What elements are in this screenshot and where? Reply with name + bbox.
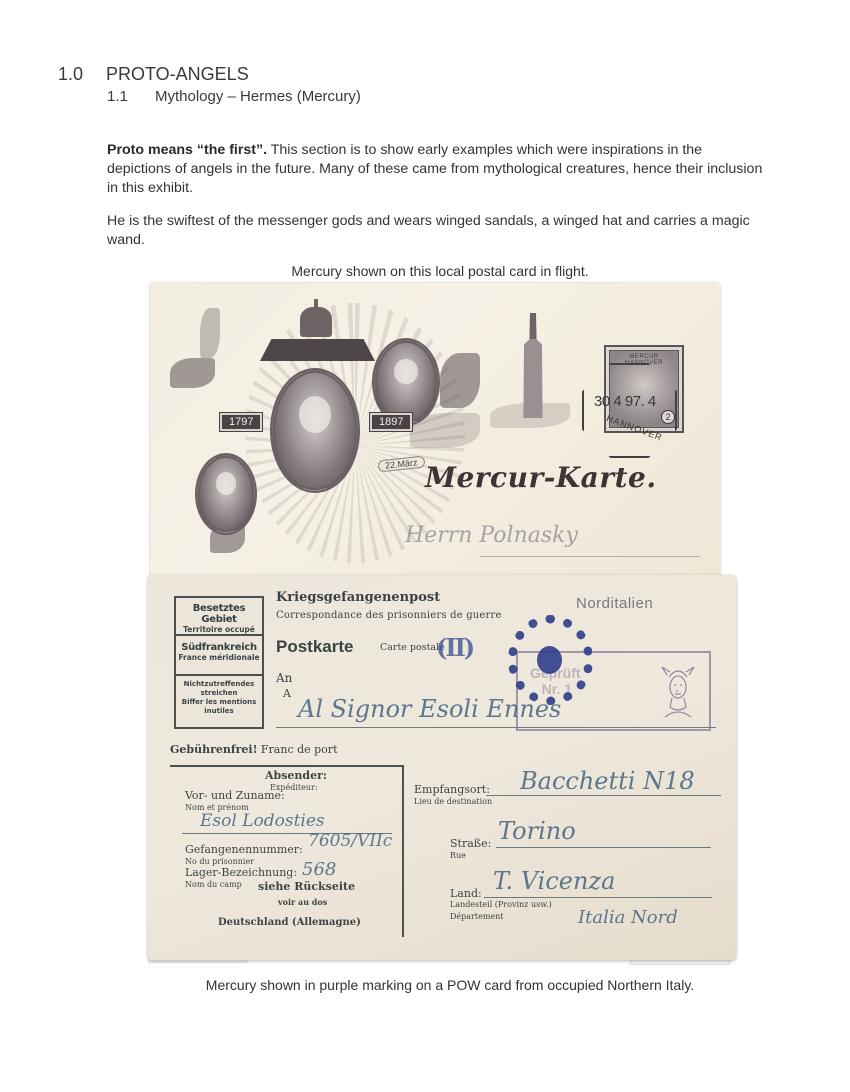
oak-leaf-decoration [440,353,480,408]
mercury-head-icon [661,663,695,719]
street-label-fr: Rue [450,851,466,860]
destination-label: Empfangsort: [414,783,490,796]
norditalien-mark: Norditalien [576,595,653,612]
description-paragraph: He is the swiftest of the messenger gods… [107,212,767,250]
card-title: Mercur-Karte. [425,461,657,494]
subsection-title: Mythology – Hermes (Mercury) [155,88,361,105]
side-box-line: inutiles [176,707,262,716]
postkarte-label: Postkarte [276,637,353,657]
prisoner-number-label-fr: No du prisonnier [185,857,254,866]
absender-label: Absender: [265,769,327,782]
handwritten-addressee: Al Signor Esoli Ennes [298,695,561,723]
section-heading: 1.0PROTO-ANGELS [58,64,249,85]
name-label: Vor- und Zuname: [185,789,285,802]
see-back-label-fr: voir au dos [278,897,327,907]
sender-section: Absender: Expéditeur: Vor- und Zuname: N… [170,765,404,937]
pow-card-title: Kriegsgefangenenpost [276,590,440,605]
portrait-medallion-main [270,368,360,493]
see-back-label: siehe Rückseite [258,880,355,893]
censor-mark-ii: (II) [436,633,473,662]
handwritten-address: Herrn Polnasky [405,523,578,548]
address-line [480,556,700,557]
side-box-subtitle-1: Territoire occupé [176,625,262,634]
pow-postal-card: Besetztes Gebiet Territoire occupé Südfr… [148,575,736,960]
camp-label: Lager-Bezeichnung: [185,866,297,879]
departement-label: Département [450,912,504,921]
pow-card-subtitle: Correspondance des prisonniers de guerre [276,610,502,621]
portrait-medallion-left [195,453,257,535]
street-line [496,847,711,848]
land-label-fr: Landesteil (Provinz usw.) [450,900,552,909]
destination-handwritten: Bacchetti N18 [520,767,695,795]
section-title: PROTO-ANGELS [106,64,249,84]
side-box-line: Biffer les mentions [176,698,262,707]
sender-name-handwritten: Esol Lodosties [200,811,325,831]
year-label-right: 1897 [370,413,412,431]
blue-circular-censor-stamp [508,615,593,705]
mercur-karte-postal-card: 1797 1897 22.März MERCUR HANNOVER 2 30 4… [150,283,720,583]
sender-country-label: Deutschland (Allemagne) [218,917,361,928]
land-handwritten: T. Vicenza [493,867,615,895]
destination-label-fr: Lieu de destination [414,797,492,806]
torch-flame-decoration [200,308,220,358]
land-line [484,897,712,898]
camp-handwritten: 568 [302,859,336,880]
street-label: Straße: [450,837,491,850]
prisoner-number-handwritten: 7605/VIIc [308,831,392,851]
side-box-line: Nichtzutreffendes [176,680,262,689]
exhibit-caption-1: Mercury shown on this local postal card … [150,263,730,279]
postage-free-label: Gebührenfrei! Franc de port [170,743,338,756]
gebuehrenfrei-text: Gebührenfrei! [170,743,257,756]
year-label-left: 1797 [220,413,262,431]
country-handwritten: Italia Nord [578,907,678,928]
drape-banner [260,339,375,361]
subsection-number: 1.1 [107,88,155,105]
a-label: A [283,687,291,700]
subsection-heading: 1.1Mythology – Hermes (Mercury) [107,88,361,105]
occupied-territory-box: Besetztes Gebiet Territoire occupé Südfr… [174,596,264,729]
camp-label-fr: Nom du camp [185,880,242,889]
oak-leaf-decoration [170,358,215,388]
land-label: Land: [450,887,482,900]
exhibit-caption-2: Mercury shown in purple marking on a POW… [150,977,750,993]
an-label: An [276,671,292,685]
side-box-subtitle-2: France méridionale [176,653,262,662]
postmark-date: 30 4 97. 4 [594,393,656,410]
intro-bold-lead: Proto means “the first”. [107,142,267,158]
intro-paragraph: Proto means “the first”. This section is… [107,141,767,198]
side-box-title-2: Südfrankreich [176,642,262,653]
crown-icon [300,307,332,337]
side-box-line: streichen [176,689,262,698]
side-box-title-1: Besetztes Gebiet [176,603,262,625]
destination-line [486,795,721,796]
prisoner-number-label: Gefangenennummer: [185,843,303,856]
franc-de-port-text: Franc de port [261,743,338,756]
octagonal-postmark [582,363,677,458]
street-handwritten: Torino [498,817,576,845]
section-number: 1.0 [58,64,106,85]
address-line [276,727,716,728]
